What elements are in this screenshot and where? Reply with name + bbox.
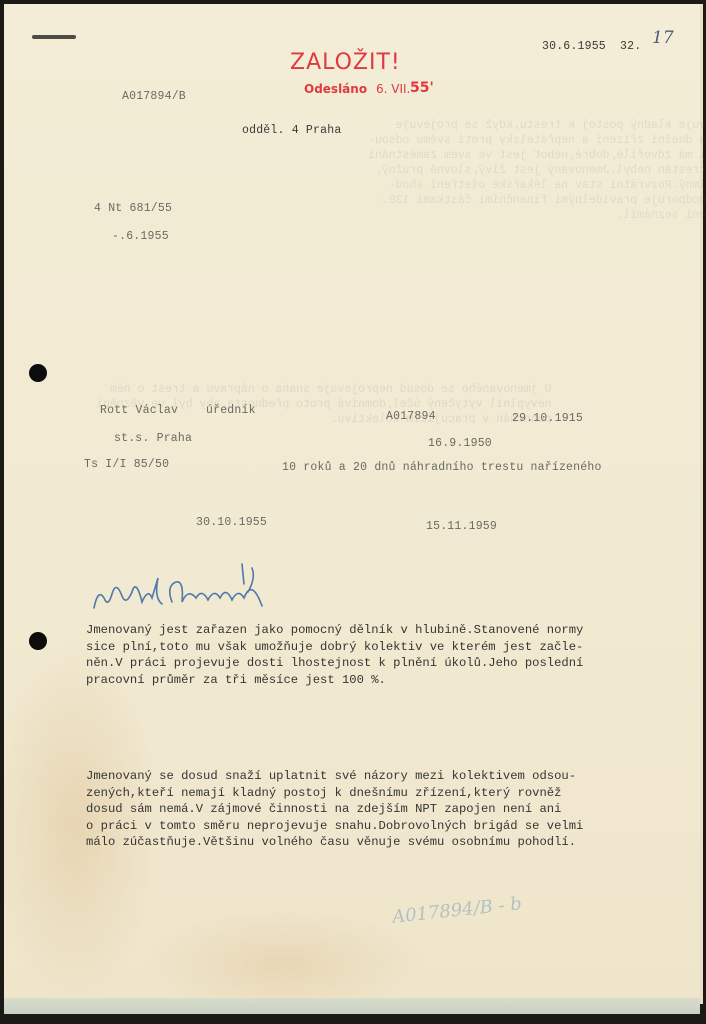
paragraph-line: o práci v tomto směru neprojevuje snahu.… <box>86 818 666 835</box>
paragraph-line: pracovní průměr za tři měsíce jest 100 %… <box>86 672 666 689</box>
person-court: st.s. Praha <box>114 432 192 445</box>
header-number: 32. <box>620 40 641 53</box>
political-evaluation-paragraph: Jmenovaný se dosud snaží uplatnit své ná… <box>86 768 666 851</box>
person-occupation: úředník <box>206 404 256 417</box>
signature-icon <box>92 558 282 618</box>
person-arrest-date: 16.9.1950 <box>428 437 492 450</box>
stamp-sent-label: Odesláno <box>304 82 367 96</box>
department: odděl. 4 Praha <box>242 124 341 137</box>
paragraph-line: málo zúčastňuje.Většinu volného času věn… <box>86 834 666 851</box>
person-id-number: A017894 <box>386 410 436 423</box>
header-date: 30.6.1955 <box>542 40 606 53</box>
punch-hole-icon <box>29 632 47 650</box>
stamp-sent-year: 55' <box>410 80 434 96</box>
work-evaluation-paragraph: Jmenovaný jest zařazen jako pomocný děln… <box>86 622 666 688</box>
paragraph-line: Jmenovaný jest zařazen jako pomocný děln… <box>86 622 666 639</box>
paragraph-line: Jmenovaný se dosud snaží uplatnit své ná… <box>86 768 666 785</box>
stamp-zalozit: ZALOŽIT! <box>290 50 401 75</box>
page-bottom-edge <box>4 998 700 1014</box>
person-sentence-date: 30.10.1955 <box>196 516 267 529</box>
paragraph-line: zených,kteří nemají kladný postoj k dneš… <box>86 785 666 802</box>
file-number: 4 Nt 681/55 <box>94 202 172 215</box>
paragraph-line: sice plní,toto mu však umožňuje dobrý ko… <box>86 639 666 656</box>
stamp-sent-date: 6. VII. <box>376 82 410 96</box>
pencil-strike-mark <box>32 35 76 39</box>
paragraph-line: něn.V práci projevuje dosti lhostejnost … <box>86 655 666 672</box>
person-birth-date: 29.10.1915 <box>512 412 583 425</box>
bleed-through-text: Jmenovaný neprojevuje kladný postoj k tr… <box>368 118 706 223</box>
paragraph-line: dosud sám nemá.V zájmové činnosti na zde… <box>86 801 666 818</box>
person-name: Rott Václav <box>100 404 178 417</box>
punch-hole-icon <box>29 364 47 382</box>
person-sentence: 10 roků a 20 dnů náhradního trestu naříz… <box>282 461 602 474</box>
reference-code: A017894/B <box>122 90 186 103</box>
person-case-number: Ts I/I 85/50 <box>84 458 169 471</box>
handwritten-page-number: 17 <box>652 28 674 48</box>
file-date: -.6.1955 <box>112 230 169 243</box>
person-release-date: 15.11.1959 <box>426 520 497 533</box>
